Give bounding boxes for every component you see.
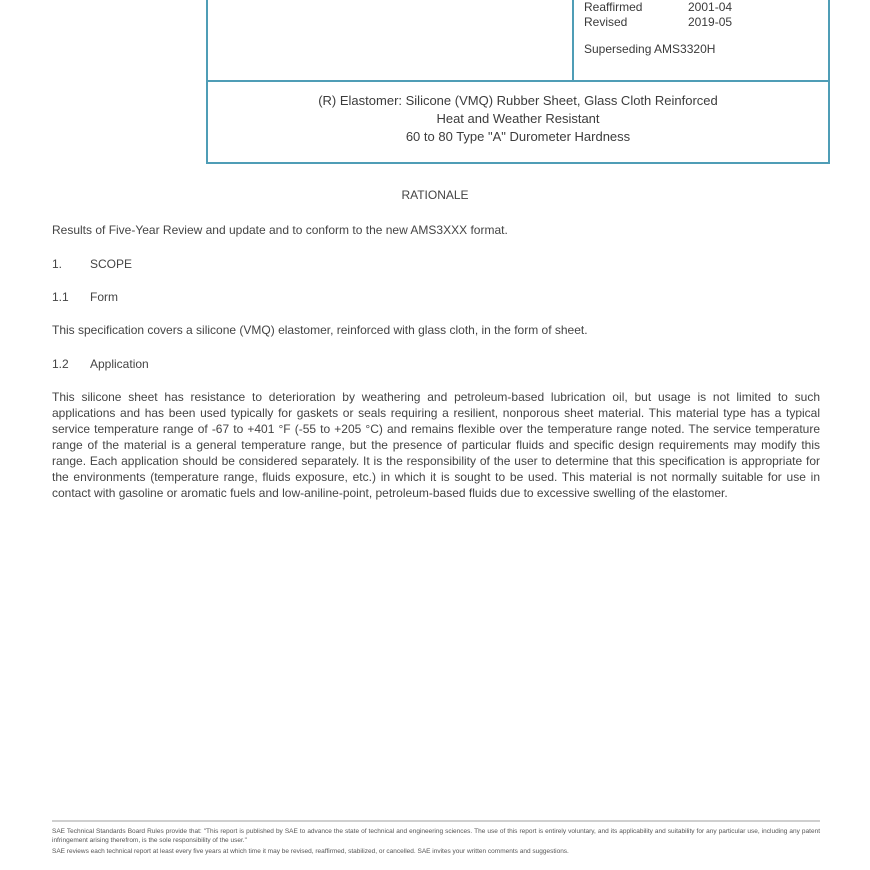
meta-value: 2001-04 [688,0,732,15]
section-form: 1.1 Form [52,289,820,305]
application-text: This silicone sheet has resistance to de… [52,389,820,501]
meta-value: 2019-05 [688,15,732,30]
meta-reaffirmed: Reaffirmed 2001-04 [584,0,732,15]
document-header-box: Reaffirmed 2001-04 Revised 2019-05 Super… [206,0,830,164]
rationale-heading: RATIONALE [0,188,870,202]
section-application: 1.2 Application [52,356,820,372]
superseding-note: Superseding AMS3320H [584,42,732,57]
rationale-text: Results of Five-Year Review and update a… [52,222,820,238]
section-scope: 1. SCOPE [52,256,820,272]
header-divider [572,0,574,82]
meta-label: Reaffirmed [584,0,688,15]
title-line: 60 to 80 Type "A" Durometer Hardness [208,128,828,146]
form-text: This specification covers a silicone (VM… [52,322,820,338]
document-title: (R) Elastomer: Silicone (VMQ) Rubber She… [208,92,828,146]
section-title: SCOPE [90,256,132,272]
revision-metadata: Reaffirmed 2001-04 Revised 2019-05 Super… [584,0,732,57]
section-title: Application [90,356,149,372]
footer-disclaimer: SAE Technical Standards Board Rules prov… [52,828,820,845]
meta-label: Revised [584,15,688,30]
section-number: 1. [52,256,90,272]
section-title: Form [90,289,118,305]
section-number: 1.1 [52,289,90,305]
footer: SAE Technical Standards Board Rules prov… [52,820,820,860]
title-line: Heat and Weather Resistant [208,110,828,128]
header-top-section: Reaffirmed 2001-04 Revised 2019-05 Super… [208,0,828,82]
footer-rule [52,820,820,822]
section-number: 1.2 [52,356,90,372]
title-line: (R) Elastomer: Silicone (VMQ) Rubber She… [208,92,828,110]
footer-review-note: SAE reviews each technical report at lea… [52,848,820,857]
meta-revised: Revised 2019-05 [584,15,732,30]
